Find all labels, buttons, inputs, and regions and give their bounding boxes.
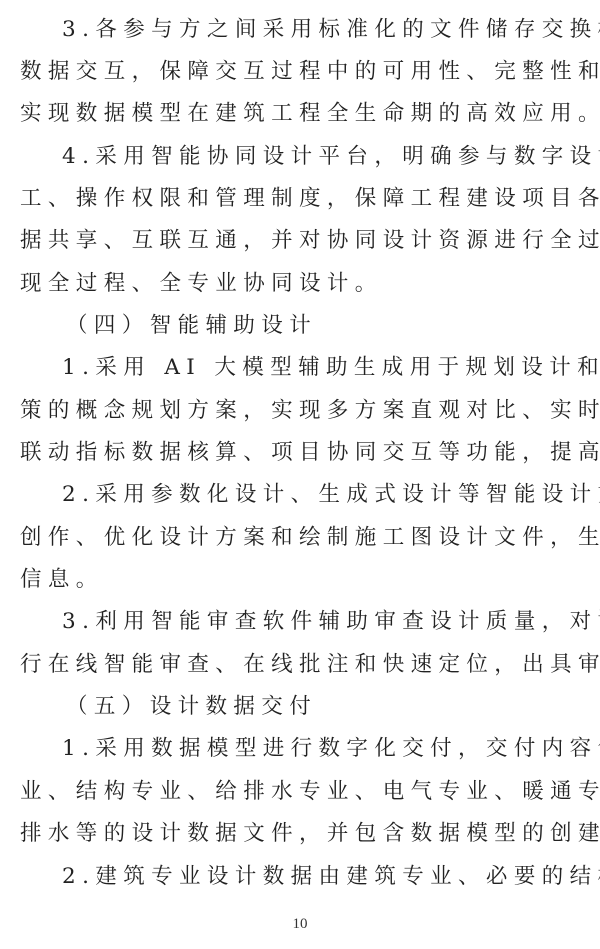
page-number: 10 [0,916,600,933]
data-delivery-item-2-line-1: 2.建筑专业设计数据由建筑专业、必要的结构专业施工 [62,856,600,898]
data-delivery-item-1-line-1: 1.采用数据模型进行数字化交付，交付内容包含建筑专 [62,728,600,770]
paragraph-4-line-4: 现全过程、全专业协同设计。 [20,263,582,305]
data-delivery-item-1-line-2: 业、结构专业、给排水专业、电气专业、暖通专业、室外给 [20,771,582,813]
paragraph-3-line-3: 实现数据模型在建筑工程全生命期的高效应用。 [20,93,582,135]
data-delivery-item-1-line-3: 排水等的设计数据文件，并包含数据模型的创建信息。 [20,813,582,855]
document-page: 3.各参与方之间采用标准化的文件储存交换格式进行 数据交互，保障交互过程中的可用… [0,0,600,949]
paragraph-4-line-3: 据共享、互联互通，并对协同设计资源进行全过程管理，实 [20,220,582,262]
smart-design-item-2-line-2: 创作、优化设计方案和绘制施工图设计文件，生成生产制造 [20,517,582,559]
paragraph-4-line-2: 工、操作权限和管理制度，保障工程建设项目各参与方的数 [20,178,582,220]
paragraph-4-line-1: 4.采用智能协同设计平台，明确参与数字设计的人员分 [62,136,600,178]
smart-design-item-2-line-1: 2.采用参数化设计、生成式设计等智能设计方法，辅助 [62,474,600,516]
section-heading-smart-design: （四）智能辅助设计 [66,305,600,347]
section-heading-data-delivery: （五）设计数据交付 [66,686,600,728]
smart-design-item-1-line-3: 联动指标数据核算、项目协同交互等功能，提高设计质量。 [20,432,582,474]
smart-design-item-1-line-1: 1.采用 AI 大模型辅助生成用于规划设计和开发建设决 [62,347,600,389]
smart-design-item-1-line-2: 策的概念规划方案，实现多方案直观对比、实时校核修改、 [20,390,582,432]
paragraph-3-line-1: 3.各参与方之间采用标准化的文件储存交换格式进行 [62,9,600,51]
smart-design-item-3-line-2: 行在线智能审查、在线批注和快速定位，出具审查报告。 [20,644,582,686]
smart-design-item-3-line-1: 3.利用智能审查软件辅助审查设计质量，对设计文件进 [62,601,600,643]
smart-design-item-2-line-3: 信息。 [20,559,582,601]
paragraph-3-line-2: 数据交互，保障交互过程中的可用性、完整性和互操作性， [20,51,582,93]
